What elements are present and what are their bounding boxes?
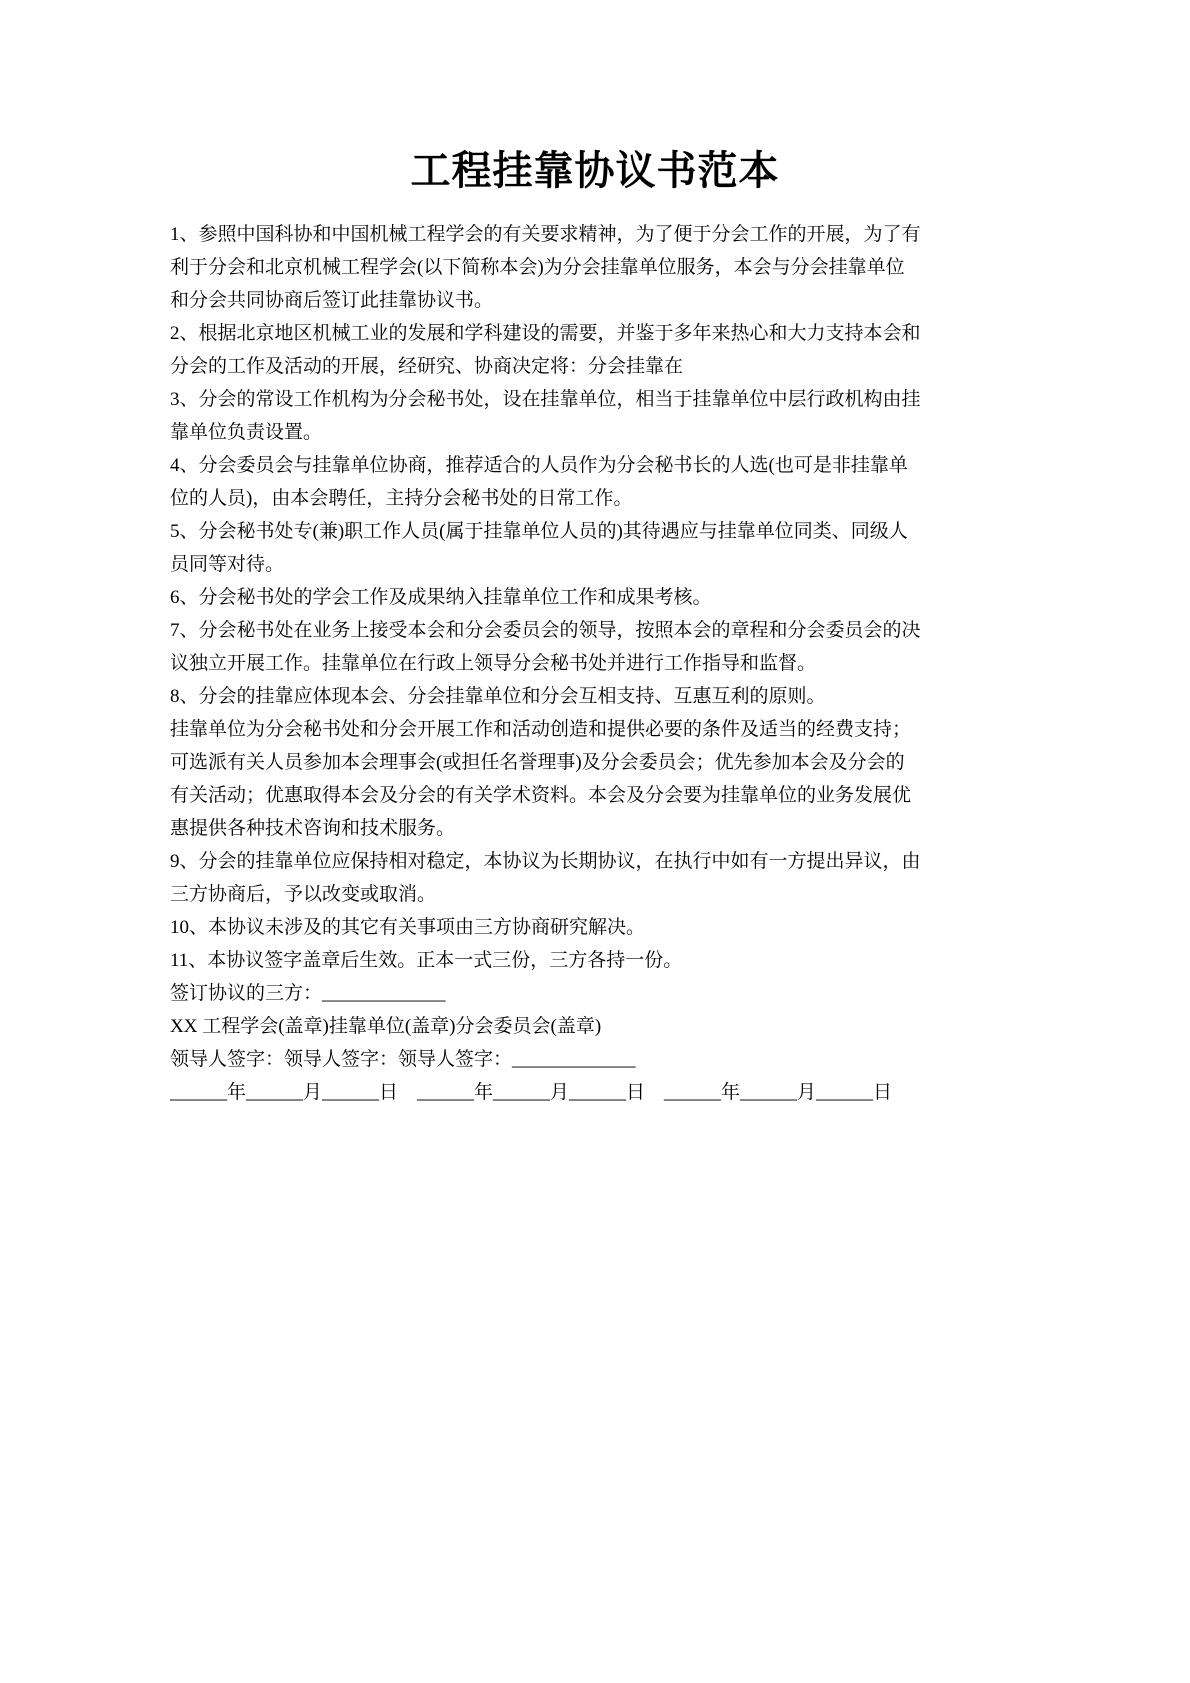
clause-3: 3、分会的常设工作机构为分会秘书处，设在挂靠单位，相当于挂靠单位中层行政机构由挂… [170, 383, 960, 449]
clause-7: 7、分会秘书处在业务上接受本会和分会委员会的领导，按照本会的章程和分会委员会的决… [170, 614, 960, 680]
clause-8: 8、分会的挂靠应体现本会、分会挂靠单位和分会互相支持、互惠互利的原则。 [170, 680, 960, 713]
signature-leaders-line: 领导人签字：领导人签字：领导人签字：_____________ [170, 1043, 960, 1076]
clause-8-supplement: 挂靠单位为分会秘书处和分会开展工作和活动创造和提供必要的条件及适当的经费支持； … [170, 713, 960, 845]
clause-6: 6、分会秘书处的学会工作及成果纳入挂靠单位工作和成果考核。 [170, 581, 960, 614]
clause-11: 11、本协议签字盖章后生效。正本一式三份，三方各持一份。 [170, 944, 960, 977]
clause-10: 10、本协议未涉及的其它有关事项由三方协商研究解决。 [170, 911, 960, 944]
clause-4: 4、分会委员会与挂靠单位协商，推荐适合的人员作为分会秘书长的人选(也可是非挂靠单… [170, 449, 960, 515]
document-page: 工程挂靠协议书范本 1、参照中国科协和中国机械工程学会的有关要求精神，为了便于分… [0, 0, 1190, 1683]
signature-seal-line: XX 工程学会(盖章)挂靠单位(盖章)分会委员会(盖章) [170, 1010, 960, 1043]
document-body: 1、参照中国科协和中国机械工程学会的有关要求精神，为了便于分会工作的开展，为了有… [170, 218, 960, 1109]
clause-2: 2、根据北京地区机械工业的发展和学科建设的需要，并鉴于多年来热心和大力支持本会和… [170, 317, 960, 383]
signature-date-line: ______年______月______日 ______年______月____… [170, 1076, 960, 1109]
clause-1: 1、参照中国科协和中国机械工程学会的有关要求精神，为了便于分会工作的开展，为了有… [170, 218, 960, 317]
document-title: 工程挂靠协议书范本 [0, 0, 1190, 196]
clause-9: 9、分会的挂靠单位应保持相对稳定，本协议为长期协议，在执行中如有一方提出异议，由… [170, 845, 960, 911]
clause-5: 5、分会秘书处专(兼)职工作人员(属于挂靠单位人员的)其待遇应与挂靠单位同类、同… [170, 515, 960, 581]
signature-parties-line: 签订协议的三方：_____________ [170, 977, 960, 1010]
